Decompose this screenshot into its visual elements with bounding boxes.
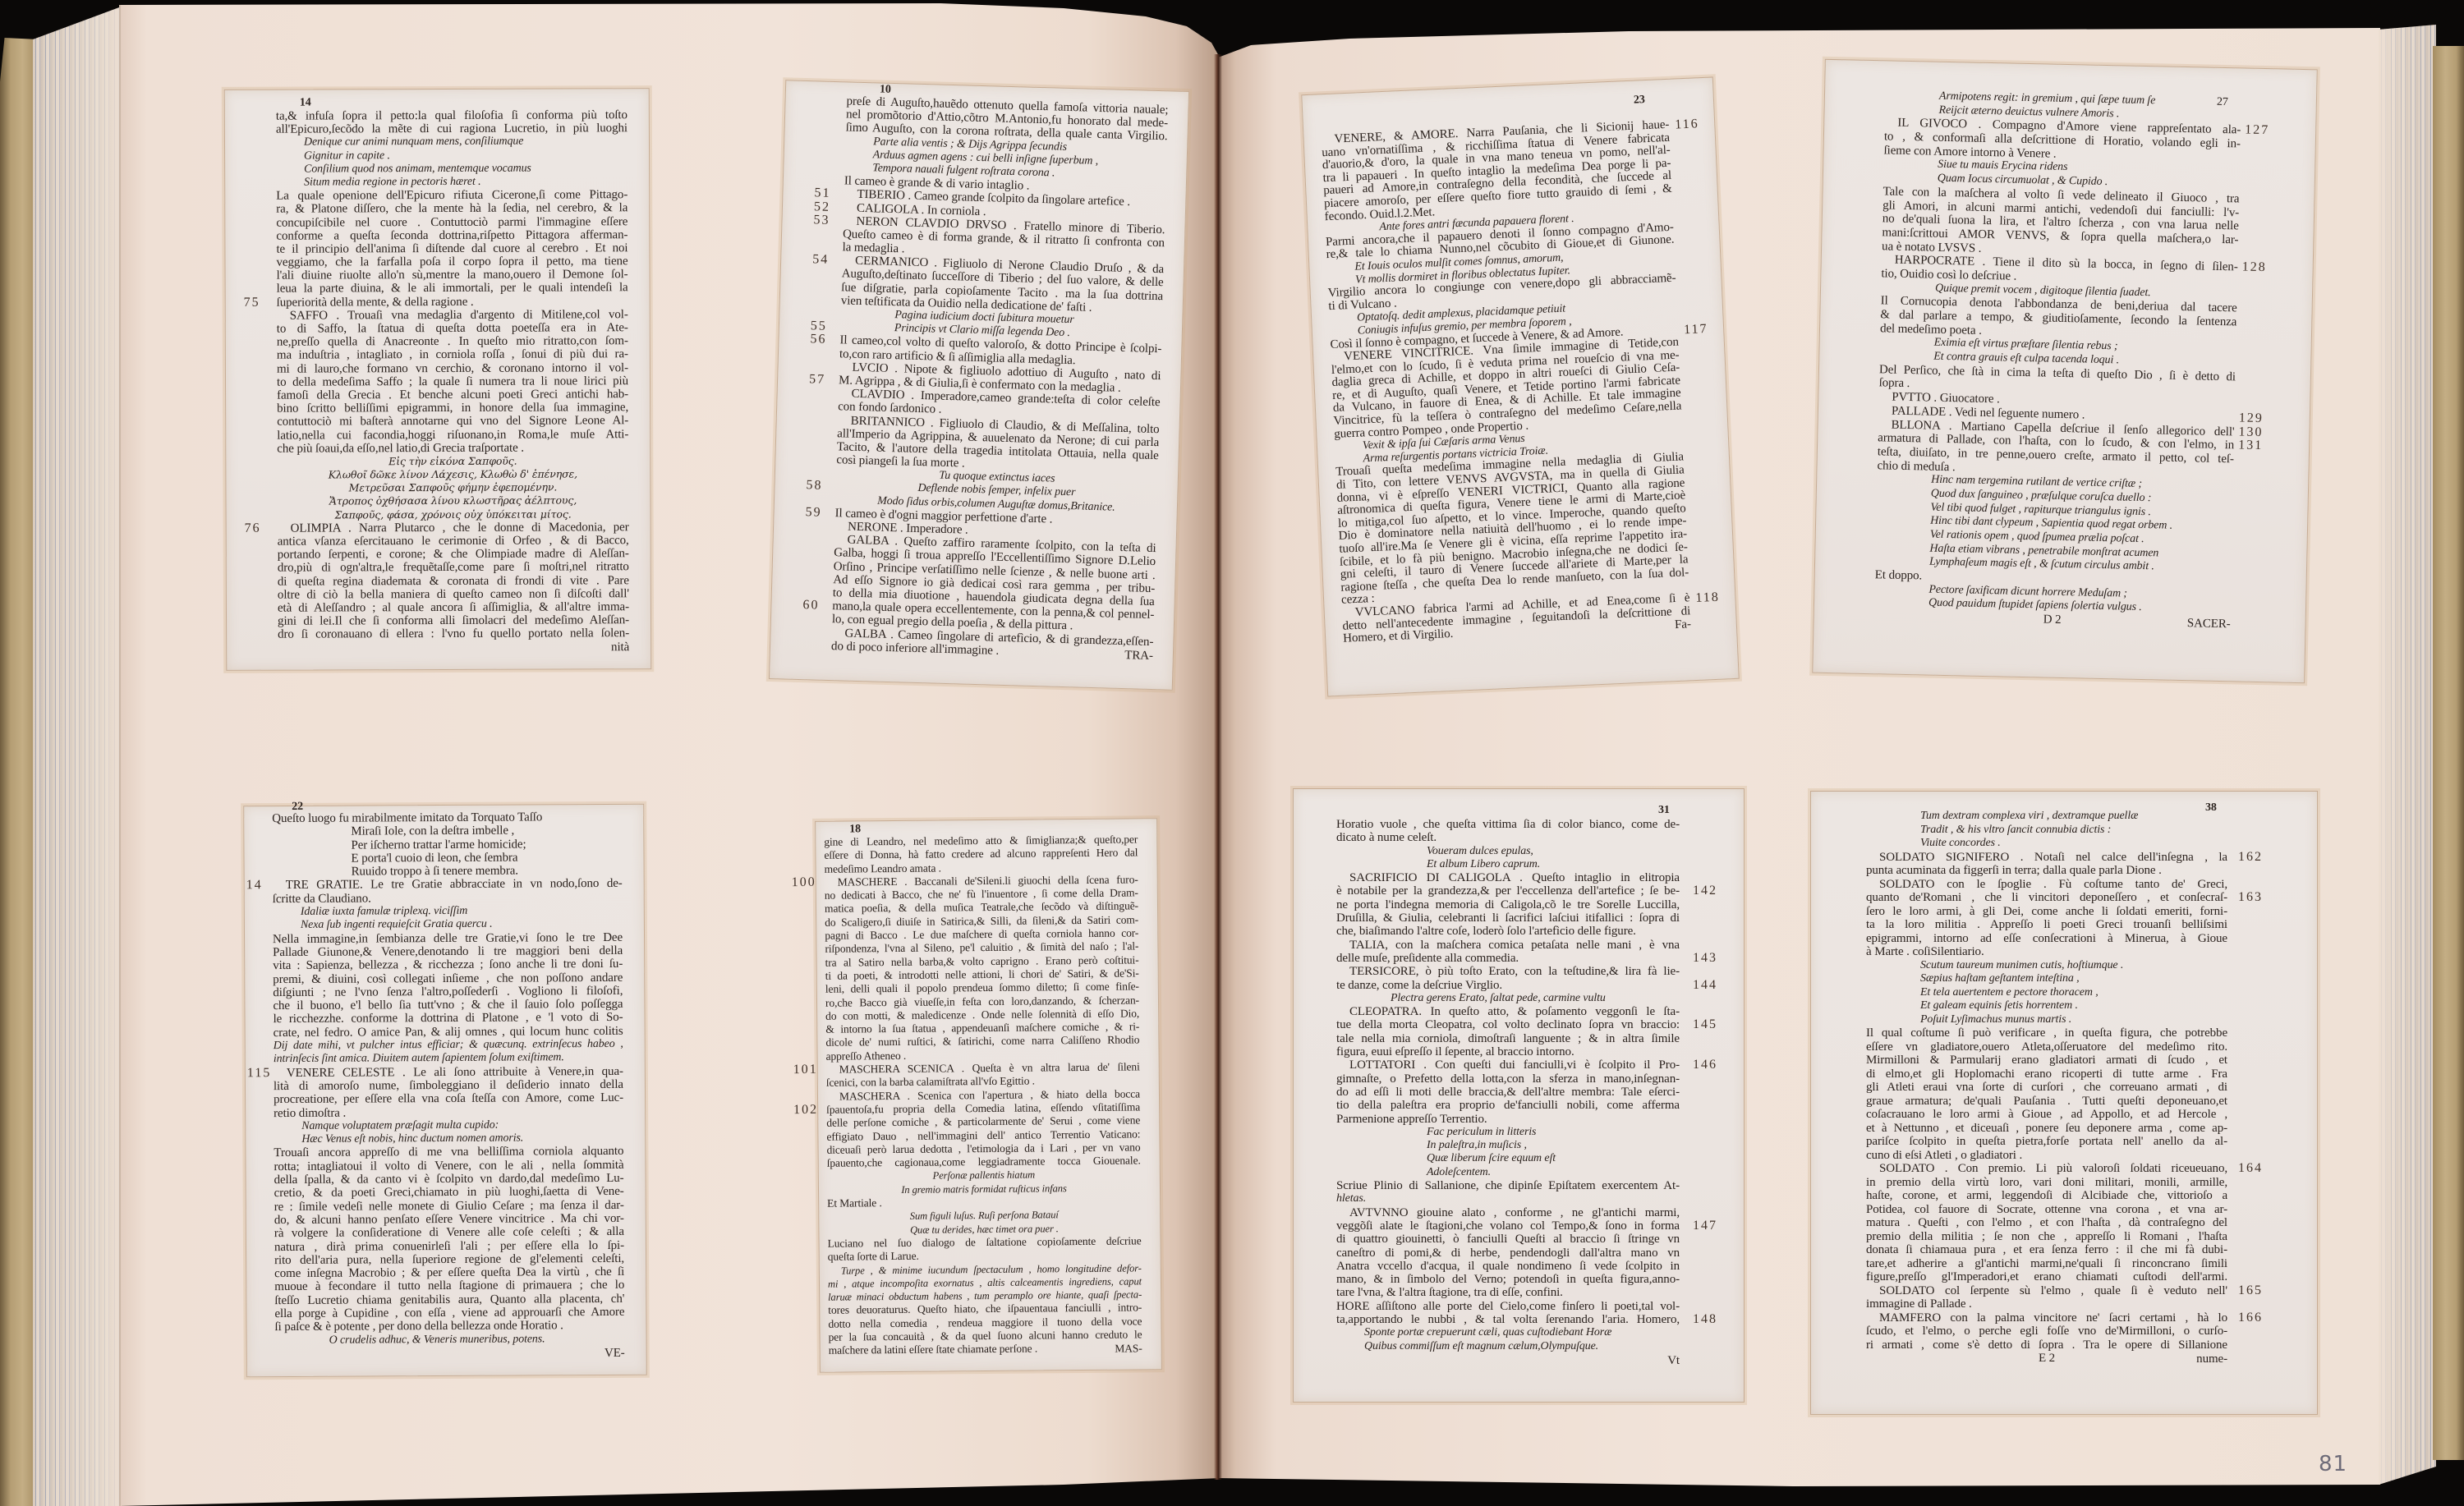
- line-text: Situm media regione in pectoris hæret .: [304, 176, 480, 189]
- line-text: ti da poeti, & introdotti nelle attioni,…: [825, 967, 1139, 981]
- text-line: figure,preſſo gl'Imperadori,et erano chi…: [1866, 1270, 2227, 1284]
- line-text: bino ſcritto belliſſimi epigrammi, in ho…: [277, 401, 628, 415]
- line-text: Et doppo.: [1875, 568, 1923, 582]
- page-text: ta,& infuſa ſopra il petto:la qual filoſ…: [276, 108, 629, 654]
- line-text: Scutum taureum munimen cutis, hoſtiumque…: [1920, 959, 2123, 971]
- text-line: eſſere vn gladiatore,ouero Atleta,oſſeru…: [1866, 1040, 2227, 1054]
- text-line: maſchere da latini eſſere ſtate chiamate…: [829, 1342, 1142, 1358]
- line-text: hletas.: [1336, 1192, 1366, 1205]
- text-line: veggõſi alate le ſtagioni,che volano col…: [1336, 1219, 1680, 1233]
- line-text: conforme a queſta ſeconda dottrina,riſpe…: [276, 228, 627, 242]
- line-text: VENERE CELESTE . Le ali ſono attribuite …: [287, 1065, 623, 1080]
- line-text: Queſto luogo fu mirabilmente imitato da …: [272, 810, 542, 825]
- line-text: muoue à fecondare il tutto nella ſtagion…: [274, 1279, 624, 1293]
- line-text: pariſce ſcolpito in queſta pietra,forſe …: [1866, 1135, 2227, 1148]
- line-text: E 2: [2039, 1352, 2055, 1365]
- text-line: La quale openione dell'Epicuro rifiuta C…: [276, 188, 627, 203]
- line-text: te il principio dell'anima ſi diſtende d…: [276, 241, 627, 255]
- pasted-page: 38 Tum dextram complexa viri , dextramqu…: [1810, 791, 2318, 1415]
- line-text: tare l'vna, & l'altra ſtagione, tra di e…: [1336, 1286, 1563, 1299]
- text-line: tio della paleſtra era proprio de'fanciu…: [1336, 1099, 1680, 1112]
- line-text: Potidea, col fauore di Socrate, ottenne …: [1866, 1203, 2227, 1216]
- text-line: Druſilla, & Giulia, celebranti li ſacrif…: [1336, 911, 1680, 925]
- text-line: VE-: [275, 1346, 625, 1361]
- line-text: concupiſcibile nel cuore . Contuttociò p…: [276, 215, 627, 229]
- text-line: bino ſcritto belliſſimi epigrammi, in ho…: [277, 401, 628, 416]
- line-text: Anatra vccello d'acqua, il quale nondime…: [1336, 1260, 1680, 1273]
- line-text: LOTTATORI . Con queſti dui fanciulli,vi …: [1349, 1058, 1680, 1072]
- line-text: medeſimo Leandro amata .: [825, 861, 941, 875]
- line-text: matura . Queſti , con l'elmo , et con l'…: [1866, 1216, 2227, 1229]
- line-text: all'Epicuro,ſecõdo la mẽte di cui ragion…: [276, 122, 627, 135]
- line-text: Il qual coſtume ſi può verificare , in q…: [1866, 1026, 2227, 1040]
- margin-number: 164: [2238, 1162, 2263, 1176]
- line-text: contuttociò mi baſterà annotarne qui vno…: [277, 415, 628, 429]
- line-text: ſuperiorità della mente, & della ragione…: [277, 295, 474, 309]
- line-text: Fac periculum in litteris: [1427, 1126, 1536, 1138]
- margin-number: 146: [1693, 1058, 1717, 1072]
- text-line: matura . Queſti , con l'elmo , et con l'…: [1866, 1216, 2227, 1230]
- line-text: natura , dirà prima conuenirleſi l'ali ;…: [274, 1238, 624, 1253]
- line-text: SOLDATO col ſerpente sù l'elmo , quale ſ…: [1879, 1284, 2227, 1297]
- line-text: Nella immagine,in ſembianza delle tre Gr…: [273, 931, 623, 946]
- line-text: delle muſe, preſidente alla commedia.: [1336, 952, 1519, 965]
- line-text: Miraſi Iole, con la deſtra imbelle ,: [351, 824, 514, 838]
- line-text: Voueram dulces epulas,: [1427, 845, 1533, 857]
- text-line: che più ſoaui,da eſſo,nel latio,di Greci…: [277, 441, 628, 456]
- line-text: Tum dextram complexa viri , dextramque p…: [1920, 810, 2138, 822]
- line-text: Poſuit Lyſimachus munus martis .: [1920, 1013, 2071, 1026]
- page-text: Tum dextram complexa viri , dextramque p…: [1866, 810, 2227, 1366]
- text-line: Horatio vuole , che queſta vittima ſia d…: [1336, 818, 1680, 831]
- line-text: O crudelis adhuc, & Veneris muneribus, p…: [329, 1333, 545, 1346]
- line-text: ta,& infuſa ſopra il petto:la qual filoſ…: [276, 108, 627, 122]
- text-line: Potidea, col fauore di Socrate, ottenne …: [1866, 1203, 2227, 1217]
- line-text: HORE aſſiſtono alle porte del Cielo,come…: [1336, 1300, 1680, 1313]
- margin-number: 118: [1695, 591, 1720, 605]
- text-line: Tradit , & his vltro ſancit connubia dic…: [1866, 824, 2227, 838]
- margin-number: 101: [793, 1063, 818, 1077]
- text-line: Μετρεῦσαι Σαπφοῦς φήμην ἐφεπομένην.: [277, 480, 628, 495]
- text-line: à Marte . coſiSilentiario.: [1866, 945, 2227, 959]
- line-text: Εἰς τὴν εἰκόνα Σαπφοῦς.: [388, 455, 517, 468]
- text-line: CLEOPATRA. In queſto atto, & poſamento v…: [1336, 1005, 1680, 1018]
- line-text: come inſegna Macrobio ; & per eſſere que…: [274, 1265, 624, 1280]
- line-text: di elmo,et gli Hoplomachi erano ricopert…: [1866, 1068, 2227, 1081]
- line-text: Perſonæ pallentis hiatum: [933, 1169, 1036, 1182]
- text-line: Et tela auertentem e pectore thoracem ,: [1866, 986, 2227, 1000]
- line-text: dicole de' numi ruſtici, & ſatirichi, co…: [825, 1034, 1139, 1049]
- text-line: to di Saffo, la ſtatua di queſta dotta p…: [277, 321, 628, 336]
- text-line: haſte, corone, et armi, leggendoſi di Al…: [1866, 1189, 2227, 1203]
- text-line: Situm media regione in pectoris hæret .: [276, 175, 627, 190]
- line-text: haſte, corone, et armi, leggendoſi di Al…: [1866, 1189, 2227, 1202]
- text-line: Denique cur animi nunquam mens, conſiliu…: [276, 135, 627, 150]
- page-text: Horatio vuole , che queſta vittima ſia d…: [1336, 818, 1680, 1366]
- text-line: oltre di ciò la bella maniera di queſto …: [278, 587, 629, 602]
- text-line: TERSICORE, ò più toſto Erato, con la teſ…: [1336, 965, 1680, 978]
- line-text: del medeſimo poeta .: [1880, 322, 1982, 337]
- line-text: famoſi della Grecia . Et benche alcuni p…: [277, 388, 628, 402]
- text-line: quanto de'Romani , che li vincitori depo…: [1866, 891, 2227, 905]
- text-line: in premio della virtù loro, vari doni mi…: [1866, 1176, 2227, 1190]
- line-text: dro ſi coronauano di ellera : l'vno fu q…: [278, 627, 629, 641]
- book-cover-left: [0, 38, 38, 1506]
- text-line: ma induſtria , intagliato , in corniola …: [277, 348, 628, 363]
- line-text: ta,apportando le nubbi , & tal volta ſer…: [1336, 1313, 1680, 1326]
- line-text: vita : Sapienza, bellezza , & ricchezza …: [273, 957, 623, 972]
- line-text: laruæ minaci obductum habens , tum peram…: [828, 1288, 1142, 1302]
- pasted-page: 18 gine di Leandro, nel medeſimo atto & …: [815, 818, 1162, 1373]
- line-text: per la ſua concauità , & da quel ſuono a…: [828, 1328, 1142, 1343]
- margin-number: 102: [793, 1104, 818, 1118]
- text-line: ne porta l'indegna memoria di Caligola,c…: [1336, 898, 1680, 911]
- line-text: Et Martiale .: [827, 1196, 882, 1210]
- margin-number: 143: [1693, 952, 1717, 965]
- line-text: latio,nella cui facondia,hoggi riſuonano…: [277, 428, 628, 442]
- line-text: Gignitur in capite .: [304, 149, 390, 162]
- line-text: Ἄτροπος ὀχθήσασα λίνου κλωστῆρας ἀέλπτου…: [329, 494, 577, 507]
- line-text: che più ſoaui,da eſſo,nel latio,di Greci…: [277, 441, 524, 455]
- line-text: do ad eſſi li moti delle braccia,& dell'…: [1336, 1086, 1680, 1099]
- text-line: AVTVNNO giouine alato , conforme , ne gl…: [1336, 1206, 1680, 1219]
- text-line: contuttociò mi baſterà annotarne qui vno…: [277, 415, 628, 429]
- line-text: punta acuminata da figgerſi in terra; da…: [1866, 864, 2162, 877]
- line-text: cuno di eſsi Atleti , o gladiatori .: [1866, 1149, 2022, 1162]
- text-line: immagine di Pallade .: [1866, 1297, 2227, 1311]
- line-text: effigiato Dauo , nell'immagini dell' ant…: [826, 1127, 1140, 1142]
- margin-number: 14: [246, 879, 263, 893]
- text-line: conforme a queſta ſeconda dottrina,riſpe…: [276, 228, 627, 243]
- text-line: graue armatura; de'quali Pauſania . Tutt…: [1866, 1095, 2227, 1109]
- line-text: ne,preſſo quella di Anacreonte . In queſ…: [277, 334, 628, 348]
- text-line: te danze, come la deſcriue Virglio.144: [1336, 979, 1680, 992]
- text-line: gli Atleti eraui vna ſorte di curſori , …: [1866, 1081, 2227, 1095]
- line-text: Siue tu mauis Erycina ridens: [1938, 158, 2068, 173]
- line-text: figure,preſſo gl'Imperadori,et erano chi…: [1866, 1270, 2227, 1283]
- line-text: Trouaſi ancora appreſſo di me vna belliſ…: [274, 1145, 623, 1159]
- margin-number: 117: [1684, 322, 1708, 336]
- line-text: tra al Satiro nella barba,& volto caprig…: [825, 953, 1139, 968]
- text-line: E 2nume-: [1866, 1352, 2227, 1366]
- pasted-page: 23 VENERE, & AMORE. Narra Pauſania, che …: [1301, 76, 1740, 696]
- line-text: Plectra gerens Erato, ſaltat pede, carmi…: [1391, 992, 1606, 1004]
- line-text: Hæc Venus eſt nobis, hinc ductum nomen a…: [301, 1132, 523, 1146]
- page-number: 18: [849, 823, 861, 836]
- text-line: portando ſerpenti, e corone; & che Olimp…: [278, 547, 629, 562]
- line-text: In paleſtra,in muſicis ,: [1427, 1139, 1527, 1151]
- line-text: MASCHERA SCENICA . Queſta è vn altra lar…: [839, 1060, 1140, 1075]
- text-line: caneſtro di pomi,& di herbe, pendendogli…: [1336, 1247, 1680, 1260]
- margin-number: 56: [810, 333, 826, 347]
- line-text: le ricchezzhe. conforme la dottrina di P…: [274, 1011, 623, 1026]
- text-line: HORE aſſiſtono alle porte del Cielo,come…: [1336, 1300, 1680, 1313]
- line-text: lità di amoroſo nume, ſimboleggiano il d…: [274, 1078, 623, 1093]
- line-text: la medaglia .: [842, 241, 904, 255]
- line-text: ſteſſo Lucretio chiama genitabilis aura,…: [274, 1292, 624, 1307]
- line-text: pagni di Bacco . Le due maſchere di queſ…: [825, 926, 1138, 941]
- line-text: SOLDATO SIGNIFERO . Notaſi nel calce del…: [1879, 851, 2227, 864]
- text-line: Fac periculum in litteris: [1336, 1126, 1680, 1139]
- line-text: ſpauentoſa,fu propria della Comedia lati…: [826, 1100, 1140, 1115]
- text-line: Conſilium quod nos animam, mentemque voc…: [276, 162, 627, 177]
- text-line: Il qual coſtume ſi può verificare , in q…: [1866, 1026, 2227, 1040]
- text-line: è notabile per la grandezza,& per l'ecce…: [1336, 884, 1680, 898]
- text-line: concupiſcibile nel cuore . Contuttociò p…: [276, 215, 627, 230]
- line-text: SOLDATO con le ſpoglie . Fù coſtume tant…: [1879, 878, 2227, 891]
- line-text: gimnaſte, o Prefetto della lotta,con la …: [1336, 1072, 1680, 1086]
- page-text: Queſto luogo fu mirabilmente imitato da …: [272, 810, 624, 1361]
- text-line: Sponte portæ crepuerunt cæli, quas cuſto…: [1336, 1326, 1680, 1339]
- pasted-page: 22 Queſto luogo fu mirabilmente imitato …: [243, 804, 647, 1378]
- text-line: Voueram dulces epulas,: [1336, 845, 1680, 858]
- text-line: all'Epicuro,ſecõdo la mẽte di cui ragion…: [276, 122, 627, 136]
- line-text: ra, & Platone diſſero, che la mente hà l…: [276, 202, 627, 216]
- text-line: Et galeam equinis ſetis horrentem .: [1866, 999, 2227, 1013]
- margin-number: 163: [2238, 891, 2263, 905]
- line-text: oltre di ciò la bella maniera di queſto …: [278, 587, 629, 601]
- line-text: diceuaſi però larua dedotta , l'etimolog…: [827, 1141, 1141, 1155]
- text-line: di queſta regina diademata & coronata di…: [278, 574, 629, 589]
- line-text: Namque voluptatem præſagit multa cupido:: [301, 1118, 499, 1132]
- line-text: Adoleſcentem.: [1427, 1166, 1491, 1178]
- catchword: Fa-: [1675, 618, 1691, 631]
- margin-number: 144: [1693, 979, 1717, 992]
- line-text: leua la parte diuina, & le ali immortali…: [277, 282, 628, 296]
- text-line: ta,& infuſa ſopra il petto:la qual filoſ…: [276, 108, 627, 123]
- line-text: Et galeam equinis ſetis horrentem .: [1920, 999, 2078, 1012]
- text-line: ta la loro militia . Appreſſo li poeti G…: [1866, 918, 2227, 932]
- catchword: MAS-: [1115, 1343, 1142, 1357]
- text-line: latio,nella cui facondia,hoggi riſuonano…: [277, 428, 628, 443]
- line-text: do, & alcuni hanno penſato eſſere Venere…: [274, 1212, 624, 1227]
- text-line: dicato à nume celeſt.: [1336, 831, 1680, 844]
- text-line: ſcudo, et l'elmo, o perche egli foſſe vn…: [1866, 1325, 2227, 1338]
- text-line: Vt: [1336, 1353, 1680, 1366]
- line-text: Luciano nel ſuo dialogo de ſaltatione co…: [827, 1234, 1141, 1249]
- text-line: OLIMPIA . Narra Plutarco , che le donne …: [278, 521, 629, 535]
- book-cover-right: [2433, 46, 2464, 1460]
- text-line: SOLDATO SIGNIFERO . Notaſi nel calce del…: [1866, 851, 2227, 865]
- line-text: delle perſone comiche , & particolarment…: [826, 1114, 1140, 1129]
- line-text: TERSICORE, ò più toſto Erato, con la teſ…: [1349, 965, 1680, 978]
- catchword: SACER-: [2187, 617, 2231, 631]
- text-line: hletas.: [1336, 1192, 1680, 1205]
- margin-number: 162: [2238, 851, 2263, 865]
- line-text: in premio della virtù loro, vari doni mi…: [1866, 1176, 2227, 1189]
- margin-number: 51: [814, 187, 830, 201]
- margin-number: 165: [2238, 1284, 2263, 1298]
- line-text: gli Atleti eraui vna ſorte di curſori , …: [1866, 1081, 2227, 1094]
- text-line: famoſi della Grecia . Et benche alcuni p…: [277, 388, 628, 402]
- line-text: Σαπφοῦς, φάσα, χρόνοις οὐχ ὑπόκειται μίτ…: [335, 507, 572, 521]
- pencil-folio-number: 81: [2319, 1452, 2347, 1476]
- line-text: SAFFO . Trouaſi vna medaglia d'argento d…: [290, 308, 628, 322]
- line-text: premi, & diuini, così collegati inſieme …: [273, 971, 623, 985]
- page-stack-right: [2379, 25, 2436, 1486]
- line-text: portando ſerpenti, e corone; & che Olimp…: [278, 547, 629, 561]
- line-text: tale nella mia corniola, dimoſtraſi lang…: [1336, 1032, 1680, 1045]
- line-text: Et album Libero caprum.: [1427, 858, 1540, 870]
- line-text: ſcenici, con la barba calamiſtrata all'v…: [826, 1075, 1035, 1089]
- line-text: mi di lauro,che formano vn cerchio, & co…: [277, 361, 628, 375]
- line-text: donata ſi chiamaua pura , et era ſenza f…: [1866, 1243, 2227, 1256]
- text-line: di quattro giouinetti, ò fanciulli Queſt…: [1336, 1233, 1680, 1246]
- margin-number: 145: [1693, 1018, 1717, 1031]
- line-text: Κλωθοῖ δῶκε λίνον Λάχεσις, Κλωθὼ δ' ἐπέν…: [329, 467, 577, 480]
- line-text: ſi paſce & è potente , per dono della be…: [274, 1320, 563, 1334]
- text-line: Gignitur in capite .: [276, 149, 627, 163]
- text-line: In paleſtra,in muſicis ,: [1336, 1139, 1680, 1152]
- text-line: di elmo,et gli Hoplomachi erano ricopert…: [1866, 1068, 2227, 1081]
- line-text: PVTTO . Giuocatore .: [1892, 391, 2000, 406]
- line-text: premio della militia ; ſe non che , appr…: [1866, 1230, 2227, 1243]
- text-line: Plectra gerens Erato, ſaltat pede, carmi…: [1336, 992, 1680, 1005]
- line-text: intrinſecis ſint amica. Diuitem autem ſa…: [274, 1052, 564, 1066]
- line-text: diſgiunti ; ne l'vno ſenza l'altro,poſſe…: [273, 985, 623, 999]
- text-line: delle muſe, preſidente alla commedia.143: [1336, 952, 1680, 965]
- text-line: Κλωθοῖ δῶκε λίνον Λάχεσις, Κλωθὼ δ' ἐπέν…: [277, 467, 628, 482]
- line-text: eſſere di Donna, hà fatto credere ad alc…: [824, 847, 1138, 861]
- line-text: Scriue Plinio di Sallanione, che dipinſe…: [1336, 1179, 1680, 1192]
- line-text: TALIA, con la maſchera comica petaſata n…: [1349, 939, 1680, 952]
- line-text: tue della morta Cleopatra, col volto dec…: [1336, 1018, 1680, 1031]
- line-text: In gremio matris formidat ruſticus infan…: [901, 1182, 1067, 1196]
- text-line: TALIA, con la maſchera comica petaſata n…: [1336, 939, 1680, 952]
- line-text: CLEOPATRA. In queſto atto, & poſamento v…: [1349, 1005, 1680, 1018]
- line-text: Ruuido troppo à ſi tenere membra.: [352, 865, 518, 879]
- line-text: Mirmilloni & Parmularij erano gladiatori…: [1866, 1054, 2227, 1067]
- margin-number: 75: [244, 296, 260, 309]
- line-text: ne porta l'indegna memoria di Caligola,c…: [1336, 898, 1680, 911]
- margin-number: 116: [1675, 117, 1699, 131]
- text-line: Εἰς τὴν εἰκόνα Σαπφοῦς.: [277, 454, 628, 469]
- line-text: gini di lei.Il che ſi conforma alli ſimo…: [278, 613, 629, 627]
- line-text: coſacrauano le loro armi à Gioue , ad Ap…: [1866, 1108, 2227, 1121]
- line-text: epigrammi, intorno ad eſſe conſecrationi…: [1866, 932, 2227, 945]
- text-line: gini di lei.Il che ſi conforma alli ſimo…: [278, 613, 629, 628]
- line-text: Quæ tu derides, hæc timet ora puer .: [910, 1223, 1059, 1236]
- text-line: coſacrauano le loro armi à Gioue , ad Ap…: [1866, 1108, 2227, 1122]
- line-text: E porta'l cuoio di leon, che ſembra: [351, 851, 517, 865]
- line-text: ma induſtria , intagliato , in corniola …: [277, 348, 628, 362]
- line-text: Sæpius haſtam geſtantem inteſtina ,: [1920, 972, 2080, 985]
- text-line: Et album Libero caprum.: [1336, 858, 1680, 871]
- text-line: Poſuit Lyſimachus munus martis .: [1866, 1013, 2227, 1027]
- text-line: LOTTATORI . Con queſti dui fanciulli,vi …: [1336, 1058, 1680, 1072]
- line-text: Turpe , & minime iucundum ſpectaculum , …: [841, 1262, 1142, 1276]
- text-line: pariſce ſcolpito in queſta pietra,forſe …: [1866, 1135, 2227, 1149]
- line-text: maſchere da latini eſſere ſtate chiamate…: [829, 1343, 1037, 1357]
- line-text: ſero le loro armi, à gli Dei, come anche…: [1866, 905, 2227, 918]
- line-text: rà volgere la conſideratione di Venere a…: [274, 1225, 624, 1240]
- page-number: 14: [300, 97, 311, 110]
- line-text: AVTVNNO giouine alato , conforme , ne gl…: [1349, 1206, 1680, 1219]
- book-gutter: [1214, 54, 1222, 1480]
- text-line: Tum dextram complexa viri , dextramque p…: [1866, 810, 2227, 824]
- line-text: retio dimoſtra .: [274, 1106, 346, 1119]
- page-number: 31: [1658, 804, 1670, 817]
- page-text: preſe di Auguſto,hauẽdo ottenuto quella …: [831, 94, 1169, 662]
- page-number: 10: [880, 83, 891, 96]
- text-line: dro ſi coronauano di ellera : l'vno fu q…: [278, 627, 629, 642]
- line-text: caneſtro di pomi,& di herbe, pendendogli…: [1336, 1247, 1680, 1260]
- page-text: gine di Leandro, nel medeſimo atto & ſim…: [824, 833, 1142, 1357]
- margin-number: 130: [2238, 425, 2263, 439]
- line-text: ri armati , come s'è detto di ſopra . Tr…: [1866, 1338, 2227, 1352]
- margin-number: 58: [806, 480, 822, 494]
- line-text: Per iſcherno trattar l'arme homicide;: [351, 838, 526, 852]
- margin-number: 55: [811, 319, 827, 333]
- text-line: to della medeſima Saffo ; la quale ſi nu…: [277, 374, 628, 389]
- line-text: antica vſanza eſercitauano le cerimonie …: [278, 534, 629, 548]
- text-line: tare l'vna, & l'altra ſtagione, tra di e…: [1336, 1286, 1680, 1299]
- text-line: SACRIFICIO DI CALIGOLA . Queſto intaglio…: [1336, 871, 1680, 884]
- text-line: ta,apportando le nubbi , & tal volta ſer…: [1336, 1313, 1680, 1326]
- text-line: mano, & in ſimbolo del Verno; potendoſi …: [1336, 1273, 1680, 1286]
- line-text: cretio, & da poeti Greci,chiamato in più…: [274, 1185, 624, 1200]
- line-text: veggiamo, che la farfalla poſa il corpo …: [276, 255, 627, 269]
- line-text: ta la loro militia . Appreſſo li poeti G…: [1866, 918, 2227, 931]
- line-text: SACRIFICIO DI CALIGOLA . Queſto intaglio…: [1349, 871, 1680, 884]
- line-text: rotta; intagliatoui il volto di Venere, …: [274, 1159, 623, 1173]
- text-line: Quibus commiſſum eſt magnum cælum,Olympu…: [1336, 1340, 1680, 1353]
- line-text: Dij date mihi, vt pulcher intus efficiar…: [274, 1038, 623, 1052]
- line-text: MAMFERO con la palma vincitore ne' ſacri…: [1879, 1311, 2227, 1325]
- line-text: quanto de'Romani , che li vincitori depo…: [1866, 891, 2227, 904]
- margin-number: 166: [2238, 1311, 2263, 1325]
- line-text: Sum figuli luſus. Ruſi perſona Batauí: [910, 1210, 1059, 1223]
- line-text: età di Aleſſandro ; al quale ancora ſi a…: [278, 600, 629, 614]
- line-text: chio di meduſa .: [1877, 459, 1955, 474]
- text-line: donata ſi chiamaua pura , et era ſenza f…: [1866, 1243, 2227, 1257]
- text-line: Quæ liberum ſcire equum eſt: [1336, 1152, 1680, 1165]
- line-text: della ſpalla, & da canto vi è ſcolpito v…: [274, 1172, 624, 1187]
- line-text: ro,che Bacco già viueſſe,in feſta con lo…: [825, 994, 1139, 1008]
- line-text: Nexa ſub ingenti requieſcit Gratia querc…: [301, 918, 493, 931]
- line-text: Quibus commiſſum eſt magnum cælum,Olympu…: [1364, 1340, 1598, 1352]
- text-line: SOLDATO col ſerpente sù l'elmo , quale ſ…: [1866, 1284, 2227, 1298]
- text-line: ne,preſſo quella di Anacreonte . In queſ…: [277, 334, 628, 349]
- text-line: Anatra vccello d'acqua, il quale nondime…: [1336, 1260, 1680, 1273]
- text-line: do ad eſſi li moti delle braccia,& dell'…: [1336, 1086, 1680, 1099]
- page-number: 23: [1634, 94, 1645, 108]
- margin-number: 59: [805, 506, 821, 520]
- text-line: epigrammi, intorno ad eſſe conſecrationi…: [1866, 932, 2227, 946]
- margin-number: 115: [247, 1067, 271, 1080]
- line-text: di queſta regina diademata & coronata di…: [278, 574, 629, 588]
- catchword: nume-: [2196, 1352, 2227, 1366]
- text-line: cuno di eſsi Atleti , o gladiatori .: [1866, 1149, 2227, 1163]
- line-text: TRE GRATIE. Le tre Gratie abbracciate in…: [286, 877, 623, 892]
- margin-number: 142: [1693, 884, 1717, 898]
- line-text: MASCHERA . Scenica con l'apertura , & hi…: [839, 1087, 1140, 1102]
- line-text: Druſilla, & Giulia, celebranti li ſacrif…: [1336, 911, 1680, 925]
- line-text: rito dell'aria pura, nella ſuperiore reg…: [274, 1252, 624, 1267]
- line-text: no dedicati à Bacco, che ne' fù l'inuent…: [825, 887, 1138, 902]
- line-text: ella porge à Cupidine , con eſſa , viene…: [274, 1306, 624, 1320]
- page-text: VENERE, & AMORE. Narra Pauſania, che li …: [1321, 119, 1691, 646]
- text-line: ſero le loro armi, à gli Dei, come anche…: [1866, 905, 2227, 919]
- text-line: SOLDATO con le ſpoglie . Fù coſtume tant…: [1866, 878, 2227, 892]
- line-text: ſcudo, et l'elmo, o perche egli foſſe vn…: [1866, 1325, 2227, 1338]
- text-line: Viuite concordes .: [1866, 837, 2227, 851]
- line-text: mano, & in ſimbolo del Verno; potendoſi …: [1336, 1273, 1680, 1286]
- line-text: procreatione, per eſſere ella vna coſa ſ…: [274, 1091, 623, 1106]
- line-text: gine di Leandro, nel medeſimo atto & ſim…: [824, 833, 1138, 847]
- line-text: è notabile per la grandezza,& per l'ecce…: [1336, 884, 1680, 898]
- text-line: veggiamo, che la farfalla poſa il corpo …: [276, 255, 627, 269]
